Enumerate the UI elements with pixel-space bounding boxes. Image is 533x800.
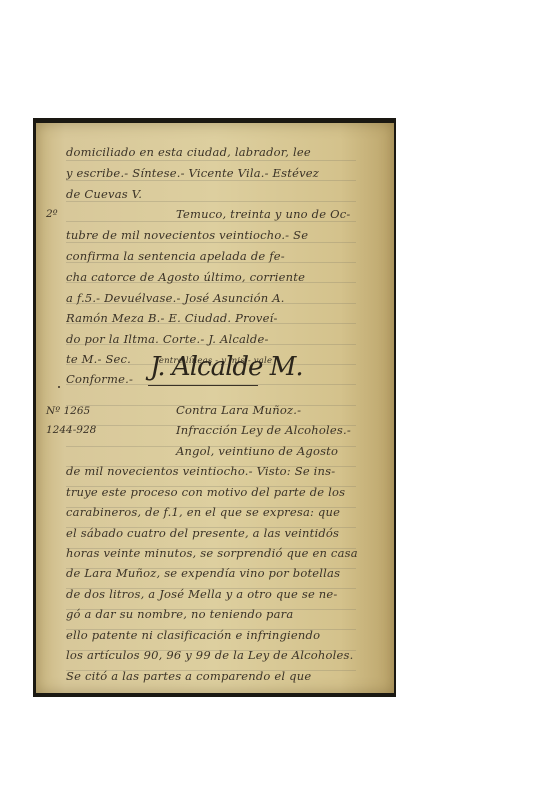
entry2-line-1: Temuco, treinta y uno de Oc- [66,204,493,224]
signature: J. Alcalde M. [150,352,303,382]
entry3-line-12: Se citó a las partes a comparendo el que [66,666,493,686]
entry1-line-2: y escribe.- Síntese.- Vicente Vila.- Est… [66,163,493,183]
margin-dot [58,386,60,388]
entry2-margin-number: 2º [46,206,58,222]
entry1-line-1: domiciliado en esta ciudad, labrador, le… [66,142,493,162]
entry3-line-8: de dos litros, a José Mella y a otro que… [66,584,493,604]
entry3-line-11: los artículos 90, 96 y 99 de la Ley de A… [66,645,493,665]
entry2-line-2: tubre de mil novecientos veintiocho.- Se [66,225,493,245]
entry3-line-6: horas veinte minutos, se sorprendió que … [66,543,493,563]
entry3-title-2: Infracción Ley de Alcoholes.- [66,420,493,440]
entry2-line-5: a f.5.- Devuélvase.- José Asunción A. [66,288,493,308]
entry2-line-3: confirma la sentencia apelada de fe- [66,246,493,266]
entry2-line-6: Ramón Meza B.- E. Ciudad. Proveí- [66,308,493,328]
entry3-line-9: gó a dar su nombre, no teniendo para [66,604,493,624]
entry3-line-10: ello patente ni clasificación e infringi… [66,625,493,645]
signature-underline [148,385,258,386]
entry2-line-8-text: te M.- Sec. [66,352,131,366]
entry2-line-7: do por la Iltma. Corte.- J. Alcalde- [66,329,493,349]
entry3-line-5: el sábado cuatro del presente, a las vei… [66,523,493,543]
entry3-title-1: Contra Lara Muñoz.- [66,400,493,420]
entry3-line-2: de mil novecientos veintiocho.- Visto: S… [66,461,493,481]
entry2-line-4: cha catorce de Agosto último, corriente [66,267,493,287]
entry3-line-4: carabineros, de f.1, en el que se expres… [66,502,493,522]
entry3-line-1: Angol, veintiuno de Agosto [66,441,493,461]
entry1-line-3: de Cuevas V. [66,184,493,204]
entry3-line-7: de Lara Muñoz, se expendía vino por bote… [66,563,493,583]
entry3-line-3: truye este proceso con motivo del parte … [66,482,493,502]
